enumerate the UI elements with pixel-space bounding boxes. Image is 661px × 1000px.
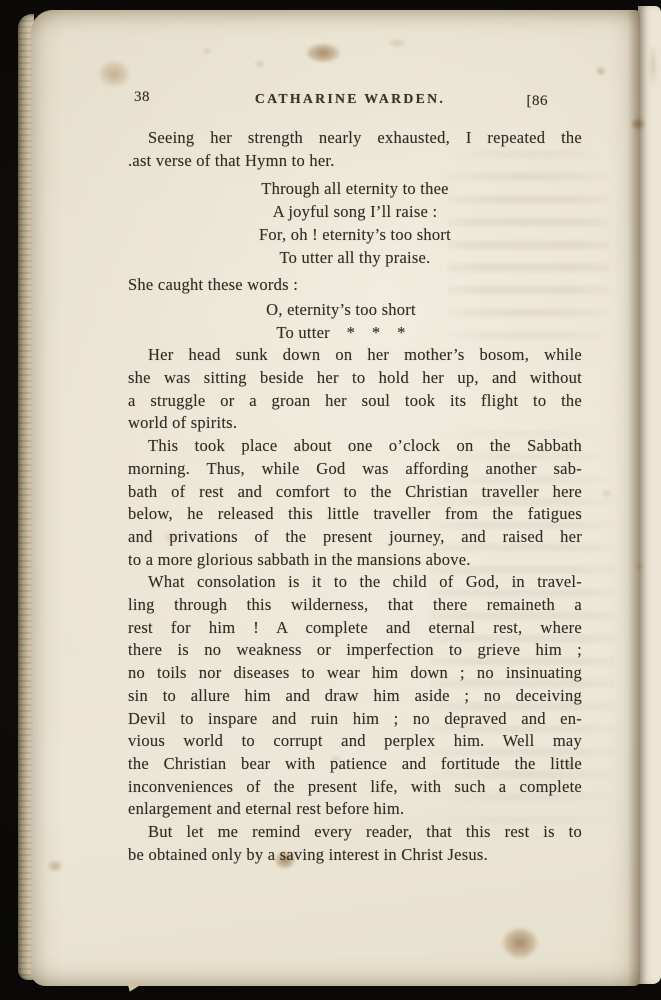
stain [383, 36, 411, 50]
stain [496, 922, 544, 964]
text-line: Through all eternity to thee [128, 178, 582, 201]
hymn-verse: Through all eternity to theeA joyful son… [128, 178, 582, 269]
stain [646, 34, 660, 98]
text-line: .ast verse of that Hymn to her. [128, 150, 582, 173]
stain [200, 46, 214, 56]
paragraph-this-took-place: This took place about one o’clock on the… [128, 435, 582, 571]
text-line: enlargement and eternal rest before him. [128, 798, 582, 821]
stain [45, 858, 65, 874]
text-line: a struggle or a groan her soul took its … [128, 390, 582, 413]
paragraph-opening: Seeing her strength nearly exhausted, I … [128, 127, 582, 172]
scanned-book-photo: 38 CATHARINE WARDEN. [86 Seeing her stre… [0, 0, 661, 1000]
text-line: This took place about one o’clock on the… [128, 435, 582, 458]
text-line: rest for him ! A complete and eternal re… [128, 617, 582, 640]
text-line: To utter * * * [114, 322, 568, 345]
text-line: no toils nor diseases to wear him down ;… [128, 662, 582, 685]
text-block: 38 CATHARINE WARDEN. [86 Seeing her stre… [128, 88, 582, 867]
she-caught-line: She caught these words : [128, 274, 582, 297]
stain [252, 58, 268, 70]
text-line: world of spirits. [128, 412, 582, 435]
paragraph-what-consolation: What consolation is it to the child of G… [128, 571, 582, 821]
text-line: below, he released this little traveller… [128, 503, 582, 526]
page-header: 38 CATHARINE WARDEN. [86 [128, 88, 582, 110]
stain [300, 40, 346, 66]
stain [594, 65, 608, 77]
text-line: inconveniences of the present life, with… [128, 776, 582, 799]
text-line: there is no weakness or imperfection to … [128, 639, 582, 662]
text-line: What consolation is it to the child of G… [128, 571, 582, 594]
text-line: and privations of the present journey, a… [128, 526, 582, 549]
text-line: ling through this wilderness, that there… [128, 594, 582, 617]
stain [93, 56, 135, 92]
next-page-edge [638, 6, 661, 984]
text-line: Seeing her strength nearly exhausted, I … [128, 127, 582, 150]
text-line: For, oh ! eternity’s too short [128, 224, 582, 247]
stain [635, 562, 644, 571]
stain [599, 488, 614, 499]
text-line: sin to allure him and draw him aside ; n… [128, 685, 582, 708]
text-line: to a more glorious sabbath in the mansio… [128, 549, 582, 572]
text-line: To utter all thy praise. [128, 247, 582, 270]
text-line: morning. Thus, while God was affording a… [128, 458, 582, 481]
running-title: CATHARINE WARDEN. [123, 88, 577, 111]
text-line: vious world to corrupt and perplex him. … [128, 730, 582, 753]
book-page: 38 CATHARINE WARDEN. [86 Seeing her stre… [31, 10, 640, 986]
she-caught-text: She caught these words : [128, 275, 298, 294]
text-line: A joyful song I’ll raise : [128, 201, 582, 224]
text-line: the Christian bear with patience and for… [128, 753, 582, 776]
stain [629, 116, 647, 132]
text-line: be obtained only by a saving interest in… [128, 844, 582, 867]
text-line: bath of rest and comfort to the Christia… [128, 481, 582, 504]
paragraph-but-let-me: But let me remind every reader, that thi… [128, 821, 582, 866]
paragraph-her-head: Her head sunk down on her mother’s bosom… [128, 344, 582, 435]
page-number-right: [86 [527, 90, 549, 113]
text-line: Her head sunk down on her mother’s bosom… [128, 344, 582, 367]
echo-verse: O, eternity’s too shortTo utter * * * [114, 299, 568, 344]
text-line: O, eternity’s too short [114, 299, 568, 322]
text-line: But let me remind every reader, that thi… [128, 821, 582, 844]
text-line: she was sitting beside her to hold her u… [128, 367, 582, 390]
text-line: Devil to inspare and ruin him ; no depra… [128, 708, 582, 731]
